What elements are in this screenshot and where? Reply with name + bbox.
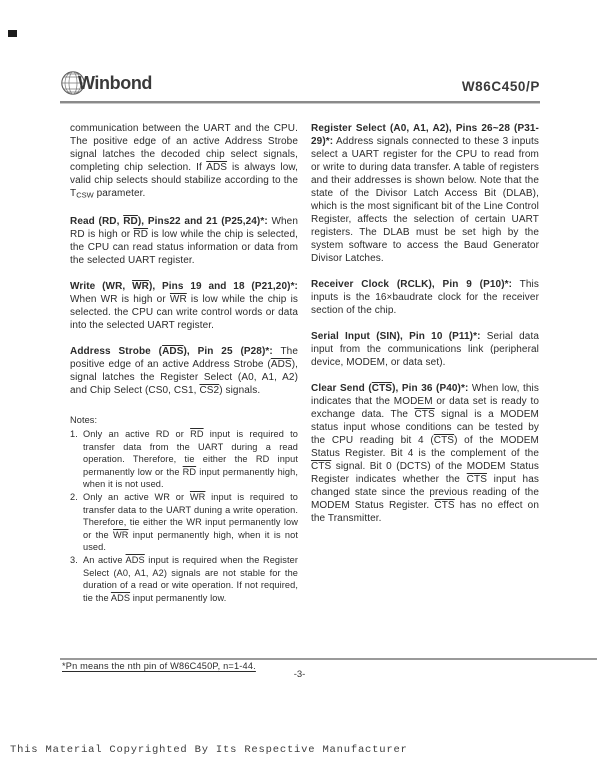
header-rule bbox=[60, 101, 540, 104]
text-run: RD bbox=[190, 429, 203, 439]
left-column: communication between the UART and the C… bbox=[70, 122, 298, 604]
text-run: ), Pins 19 and 18 (P21,20)*: bbox=[149, 281, 298, 292]
text-run: WR bbox=[190, 492, 206, 502]
note-text: Only an active RD or RD input is require… bbox=[83, 428, 298, 491]
notes-section: Notes: 1. Only an active RD or RD input … bbox=[70, 414, 298, 605]
copyright-line: This Material Copyrighted By Its Respect… bbox=[10, 744, 408, 756]
text-run: WR bbox=[132, 281, 149, 292]
text-run: Only an active WR or bbox=[83, 492, 190, 502]
text-run: When WR is high or bbox=[70, 294, 170, 305]
text-run: An active bbox=[83, 555, 126, 565]
footnote-rule bbox=[60, 658, 597, 660]
text-run: CTS bbox=[434, 435, 454, 446]
paragraph-read: Read (RD, RD), Pins22 and 21 (P25,24)*: … bbox=[70, 215, 298, 267]
text-run: ), Pins22 and 21 (P25,24)*: bbox=[138, 216, 268, 227]
text-run: RD bbox=[183, 467, 196, 477]
paragraph-write: Write (WR, WR), Pins 19 and 18 (P21,20)*… bbox=[70, 280, 298, 332]
paragraph-receiver-clock: Receiver Clock (RCLK), Pin 9 (P10)*: Thi… bbox=[311, 278, 539, 317]
text-run: ADS bbox=[206, 162, 227, 173]
note-text: An active ADS input is required when the… bbox=[83, 554, 298, 604]
text-run: Write (WR, bbox=[70, 281, 132, 292]
text-run: ), Pin 25 (P28)*: bbox=[183, 346, 272, 357]
note-text: Only an active WR or WR input is require… bbox=[83, 491, 298, 554]
text-run: RD bbox=[123, 216, 138, 227]
text-run: ) signals. bbox=[219, 385, 260, 396]
content-columns: communication between the UART and the C… bbox=[70, 122, 540, 604]
text-run: ADS bbox=[111, 593, 130, 603]
paragraph-chip-select: communication between the UART and the C… bbox=[70, 122, 298, 202]
text-run: CTS bbox=[311, 461, 331, 472]
page-number: -3- bbox=[0, 669, 599, 680]
text-run: Address signals connected to these 3 inp… bbox=[311, 136, 539, 264]
brand-name: Winbond bbox=[78, 73, 152, 94]
text-run: CTS bbox=[434, 500, 454, 511]
text-run: ADS bbox=[126, 555, 145, 565]
part-number: W86C450/P bbox=[462, 79, 540, 96]
text-run: CTS bbox=[372, 383, 392, 394]
winbond-logo: Winbond bbox=[60, 70, 152, 96]
text-run: Read (RD, bbox=[70, 216, 123, 227]
note-item-1: 1. Only an active RD or RD input is requ… bbox=[70, 428, 298, 491]
right-column: Register Select (A0, A1, A2), Pins 26~28… bbox=[311, 122, 539, 604]
text-run: input permanently low. bbox=[130, 593, 226, 603]
text-run: Serial Input (SIN), Pin 10 (P11)*: bbox=[311, 331, 481, 342]
note-item-3: 3. An active ADS input is required when … bbox=[70, 554, 298, 604]
text-run: Clear Send ( bbox=[311, 383, 372, 394]
text-run: CTS bbox=[467, 474, 487, 485]
text-run: CSW bbox=[76, 191, 94, 200]
text-run: ADS bbox=[162, 346, 183, 357]
paragraph-register-select: Register Select (A0, A1, A2), Pins 26~28… bbox=[311, 122, 539, 265]
text-run: CTS bbox=[414, 409, 434, 420]
text-run: RD bbox=[133, 229, 148, 240]
datasheet-page: Winbond W86C450/P communication between … bbox=[0, 0, 599, 775]
text-run: ADS bbox=[271, 359, 292, 370]
paragraph-clear-send: Clear Send (CTS), Pin 36 (P40)*: When lo… bbox=[311, 382, 539, 525]
note-number: 2. bbox=[70, 491, 83, 554]
text-run: Receiver Clock (RCLK), Pin 9 (P10)*: bbox=[311, 279, 512, 290]
text-run: ), Pin 36 (P40)*: bbox=[392, 383, 468, 394]
note-number: 3. bbox=[70, 554, 83, 604]
text-run: CS2 bbox=[199, 385, 219, 396]
text-run: parameter. bbox=[94, 188, 146, 199]
note-number: 1. bbox=[70, 428, 83, 491]
paragraph-serial-input: Serial Input (SIN), Pin 10 (P11)*: Seria… bbox=[311, 330, 539, 369]
text-run: WR bbox=[113, 530, 129, 540]
note-item-2: 2. Only an active WR or WR input is requ… bbox=[70, 491, 298, 554]
notes-title: Notes: bbox=[70, 414, 298, 427]
text-run: WR bbox=[170, 294, 187, 305]
text-run: Only an active RD or bbox=[83, 429, 190, 439]
paragraph-address-strobe: Address Strobe (ADS), Pin 25 (P28)*: The… bbox=[70, 345, 298, 397]
page-header: Winbond W86C450/P bbox=[60, 70, 540, 96]
text-run: Address Strobe ( bbox=[70, 346, 162, 357]
scan-artifact-mark bbox=[8, 30, 17, 37]
